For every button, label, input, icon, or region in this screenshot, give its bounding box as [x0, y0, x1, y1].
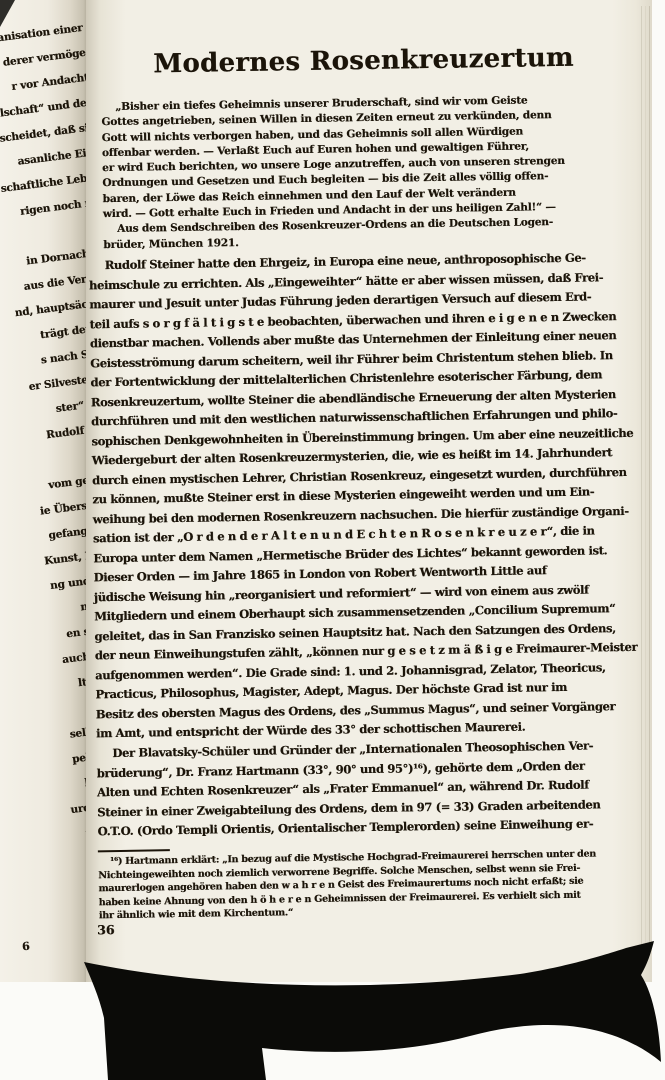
- signature-mark: 6: [21, 940, 30, 954]
- page-number: 36: [97, 922, 115, 937]
- facing-page-edge: rganisation einerderer vermöger vor Anda…: [0, 0, 86, 982]
- chapter-title: Modernes Rosenkreuzertum: [80, 42, 646, 81]
- footnote: ¹⁶) Hartmann erklärt: „In bezug auf die …: [98, 847, 651, 924]
- book-photo: { "page": { "title": "Modernes Rosenkreu…: [0, 0, 665, 1080]
- epigraph: „Bisher ein tiefes Geheimnis unserer Bru…: [101, 92, 623, 253]
- page-content: Modernes Rosenkreuzertum „Bisher ein tie…: [80, 0, 661, 986]
- book-page: Modernes Rosenkreuzertum „Bisher ein tie…: [86, 0, 652, 982]
- body-paragraph-1: Rudolf Steiner hatte den Ehrgeiz, in Eur…: [89, 248, 647, 744]
- facing-page-text-fragments: rganisation einerderer vermöger vor Anda…: [0, 16, 86, 955]
- footnote-rule: [98, 849, 170, 852]
- body-paragraph-2: Der Blavatsky-Schüler und Gründer der „I…: [96, 736, 647, 842]
